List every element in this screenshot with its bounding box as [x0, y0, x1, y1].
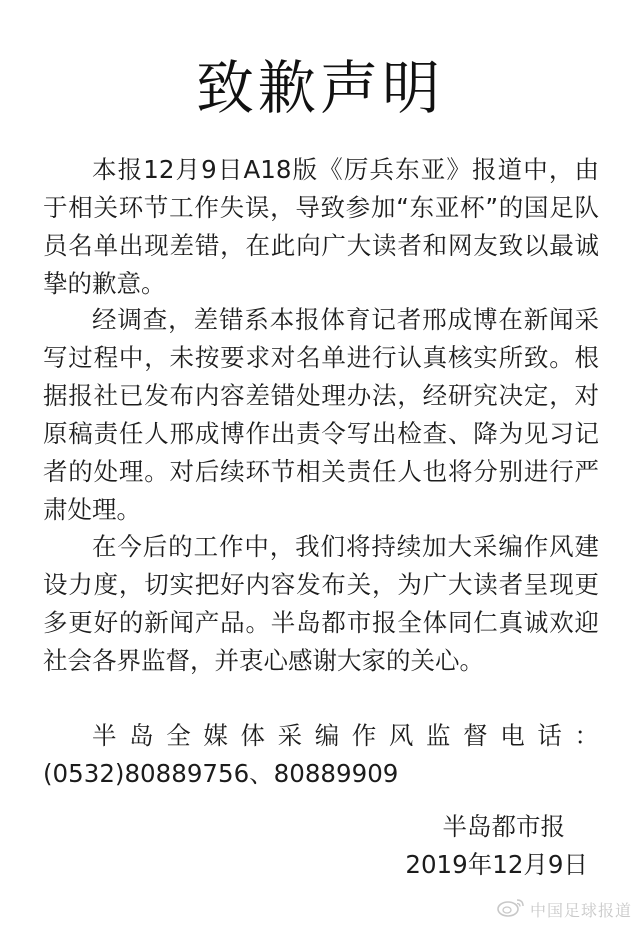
document-title: 致歉声明: [0, 52, 640, 124]
paragraph-commitment: 在今后的工作中，我们将持续加大采编作风建设力度，切实把好内容发布关，为广大读者呈…: [43, 528, 599, 680]
watermark-text: 中国足球报道: [530, 898, 632, 921]
paragraph-apology: 本报12月9日A18版《厉兵东亚》报道中，由于相关环节工作失误，导致参加“东亚杯…: [43, 151, 599, 303]
watermark: 中国足球报道: [496, 896, 632, 922]
paragraph-hotline: 半岛全媒体采编作风监督电话：(0532)80889756、80889909: [43, 717, 599, 793]
signature-publisher: 半岛都市报: [443, 808, 566, 846]
signature-date: 2019年12月9日: [405, 846, 588, 884]
paragraph-investigation: 经调查，差错系本报体育记者邢成博在新闻采写过程中，未按要求对名单进行认真核实所致…: [43, 301, 599, 529]
weibo-icon: [496, 896, 526, 922]
